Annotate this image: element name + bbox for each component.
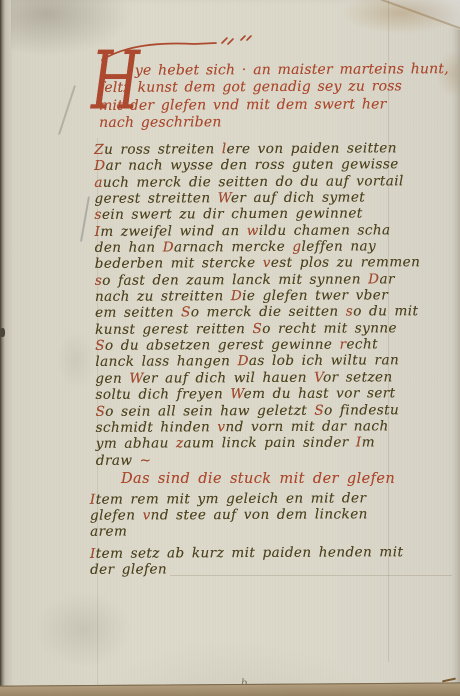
text-segment: est plos zu remmen: [271, 255, 420, 272]
text-segment: schmidt hinden: [96, 419, 218, 436]
text-segment: u ross streiten: [104, 141, 222, 158]
text-segment: er auf dich symet: [231, 189, 365, 206]
text-segment: arnach mercke: [174, 239, 292, 256]
text-line: lanck lass hangen Das lob ich wiltu ran: [95, 353, 421, 371]
text-segment: z: [176, 436, 184, 452]
text-segment: v: [217, 419, 225, 435]
text-segment: o sein all sein haw geletzt: [105, 402, 314, 419]
text-segment: g: [292, 239, 301, 255]
text-segment: em du hast vor sert: [244, 385, 396, 402]
text-segment: ym abhau: [96, 436, 176, 452]
text-segment: S: [96, 403, 106, 419]
text-segment: nach geschriben: [99, 114, 221, 131]
text-segment: ein swert zu dir chumen gewinnet: [102, 206, 363, 223]
text-line: So du absetzen gerest gewinne recht: [95, 336, 421, 354]
bottom-page-edges: [0, 682, 460, 696]
page-stain: [56, 330, 96, 390]
text-segment: v: [263, 255, 271, 271]
text-segment: glefen: [90, 508, 143, 524]
item-paragraph-2: Item setz ab kurz mit paiden henden mitd…: [90, 544, 404, 578]
text-segment: ar: [379, 271, 394, 287]
text-segment: aum linck pain sinder: [183, 435, 355, 452]
section-heading: Das sind die stuck mit der glefen: [121, 470, 395, 488]
text-segment: nd stee auf von dem lincken: [151, 506, 368, 523]
text-segment: uch merck die seitten do du auf vortail: [103, 173, 404, 191]
text-segment: gerest streitten: [94, 190, 217, 207]
text-segment: tem setz ab kurz mit paiden henden mit: [96, 544, 404, 562]
manuscript-photo: H ye hebet sich · an maister marteins hu…: [0, 0, 460, 696]
text-line: nach geschriben: [99, 113, 449, 132]
text-segment: ildu chamen scha: [259, 222, 391, 239]
text-segment: o recht mit synne: [262, 320, 397, 337]
text-line: kunst gerest reitten So recht mit synne: [95, 320, 421, 338]
text-line: feltz kunst dem got genadig sey zu ross: [99, 78, 449, 97]
text-segment: em seitten: [95, 305, 181, 321]
text-segment: echt: [346, 336, 378, 352]
text-segment: v: [143, 508, 151, 524]
text-segment: ere von paiden seitten: [227, 140, 397, 157]
text-segment: o du absetzen gerest gewinne: [105, 337, 340, 354]
text-line: Im zweifel wind an wildu chamen scha: [95, 222, 421, 240]
text-segment: or setzen: [323, 369, 393, 385]
text-segment: leffen nay: [301, 238, 376, 254]
text-segment: tem rem mit ym geleich en mit der: [96, 490, 367, 507]
text-line: Zu ross streiten lere von paiden seitten: [94, 140, 420, 158]
text-segment: w: [247, 223, 259, 239]
text-segment: as lob ich wiltu ran: [249, 353, 399, 370]
text-line: Item rem mit ym geleich en mit der: [90, 490, 368, 508]
text-line: schmidt hinden vnd vorn mit dar nach: [96, 418, 422, 436]
text-segment: feltz kunst dem got genadig sey zu ross: [99, 79, 402, 97]
text-line: nach zu streitten Die glefen twer vber: [95, 287, 421, 305]
opening-heading: ye hebet sich · an maister marteins hunt…: [99, 61, 449, 132]
text-line: glefen vnd stee auf von dem lincken: [90, 506, 368, 524]
text-segment: S: [95, 338, 105, 354]
text-line: ye hebet sich · an maister marteins hunt…: [99, 61, 449, 80]
text-line: soltu dich freyen Wem du hast vor sert: [95, 385, 421, 403]
text-segment: m zweifel wind an: [100, 223, 246, 240]
text-segment: o fast den zaum lanck mit synnen: [102, 271, 368, 288]
text-segment: W: [129, 370, 142, 386]
text-segment: S: [252, 321, 262, 337]
text-line: bederben mit stercke vest plos zu remmen: [95, 255, 421, 273]
text-segment: S: [181, 305, 191, 321]
text-segment: bederben mit stercke: [95, 255, 263, 272]
text-segment: ar nach wysse den ross guten gewisse: [106, 157, 399, 175]
text-line: arem: [90, 523, 368, 541]
edge-speck: [0, 328, 5, 337]
text-line: gerest streitten Wer auf dich symet: [94, 189, 420, 207]
text-segment: arem: [90, 524, 127, 540]
text-line: auch merck die seitten do du auf vortail: [94, 173, 420, 191]
text-segment: m: [362, 435, 375, 451]
text-line: den han Darnach mercke gleffen nay: [95, 238, 421, 256]
text-segment: o findestu: [324, 402, 399, 418]
text-segment: D: [238, 354, 249, 370]
text-segment: den han: [95, 240, 163, 256]
text-segment: nach zu streitten: [95, 288, 231, 305]
text-segment: a: [94, 174, 103, 190]
text-segment: der glefen: [90, 562, 167, 578]
text-segment: D: [94, 158, 105, 174]
text-line: gen Wer auf dich wil hauen Vor setzen: [95, 369, 421, 387]
text-line: so fast den zaum lanck mit synnen Dar: [95, 271, 421, 289]
text-line: mit der glefen vnd mit dem swert her: [99, 96, 449, 115]
text-line: der glefen: [90, 560, 403, 578]
text-segment: o du mit: [353, 304, 418, 320]
text-line: Dar nach wysse den ross guten gewisse: [94, 156, 420, 174]
text-segment: ie glefen twer vber: [242, 287, 388, 304]
item-paragraph-1: Item rem mit ym geleich en mit derglefen…: [90, 490, 368, 540]
text-segment: ~: [140, 452, 152, 468]
text-line: sein swert zu dir chumen gewinnet: [94, 206, 420, 224]
text-segment: mit der glefen vnd mit dem swert her: [99, 96, 387, 114]
text-segment: soltu dich freyen: [95, 386, 230, 403]
text-segment: draw: [96, 452, 140, 468]
text-segment: V: [314, 369, 323, 385]
text-segment: S: [314, 402, 324, 418]
text-line: em seitten So merck die seitten so du mi…: [95, 304, 421, 322]
text-line: draw ~: [96, 451, 422, 469]
text-line: ym abhau zaum linck pain sinder Im: [96, 434, 422, 452]
text-segment: W: [230, 386, 243, 402]
page-stain: [36, 592, 131, 667]
text-segment: D: [231, 288, 242, 304]
text-segment: ye hebet sich · an maister marteins hunt…: [135, 61, 449, 79]
text-segment: nd vorn mit dar nach: [225, 418, 388, 435]
text-segment: gen: [95, 370, 129, 386]
text-line: Item setz ab kurz mit paiden henden mit: [90, 544, 403, 562]
text-segment: W: [218, 190, 231, 206]
text-segment: er auf dich wil hauen: [143, 370, 315, 387]
text-segment: D: [368, 271, 379, 287]
text-segment: Z: [94, 142, 104, 158]
text-segment: kunst gerest reitten: [95, 321, 252, 338]
text-segment: D: [163, 240, 174, 256]
text-segment: lanck lass hangen: [95, 354, 237, 371]
verse-text-block: Zu ross streiten lere von paiden seitten…: [94, 140, 421, 469]
text-line: So sein all sein haw geletzt So findestu: [96, 402, 422, 420]
text-segment: o merck die seitten: [191, 304, 346, 321]
